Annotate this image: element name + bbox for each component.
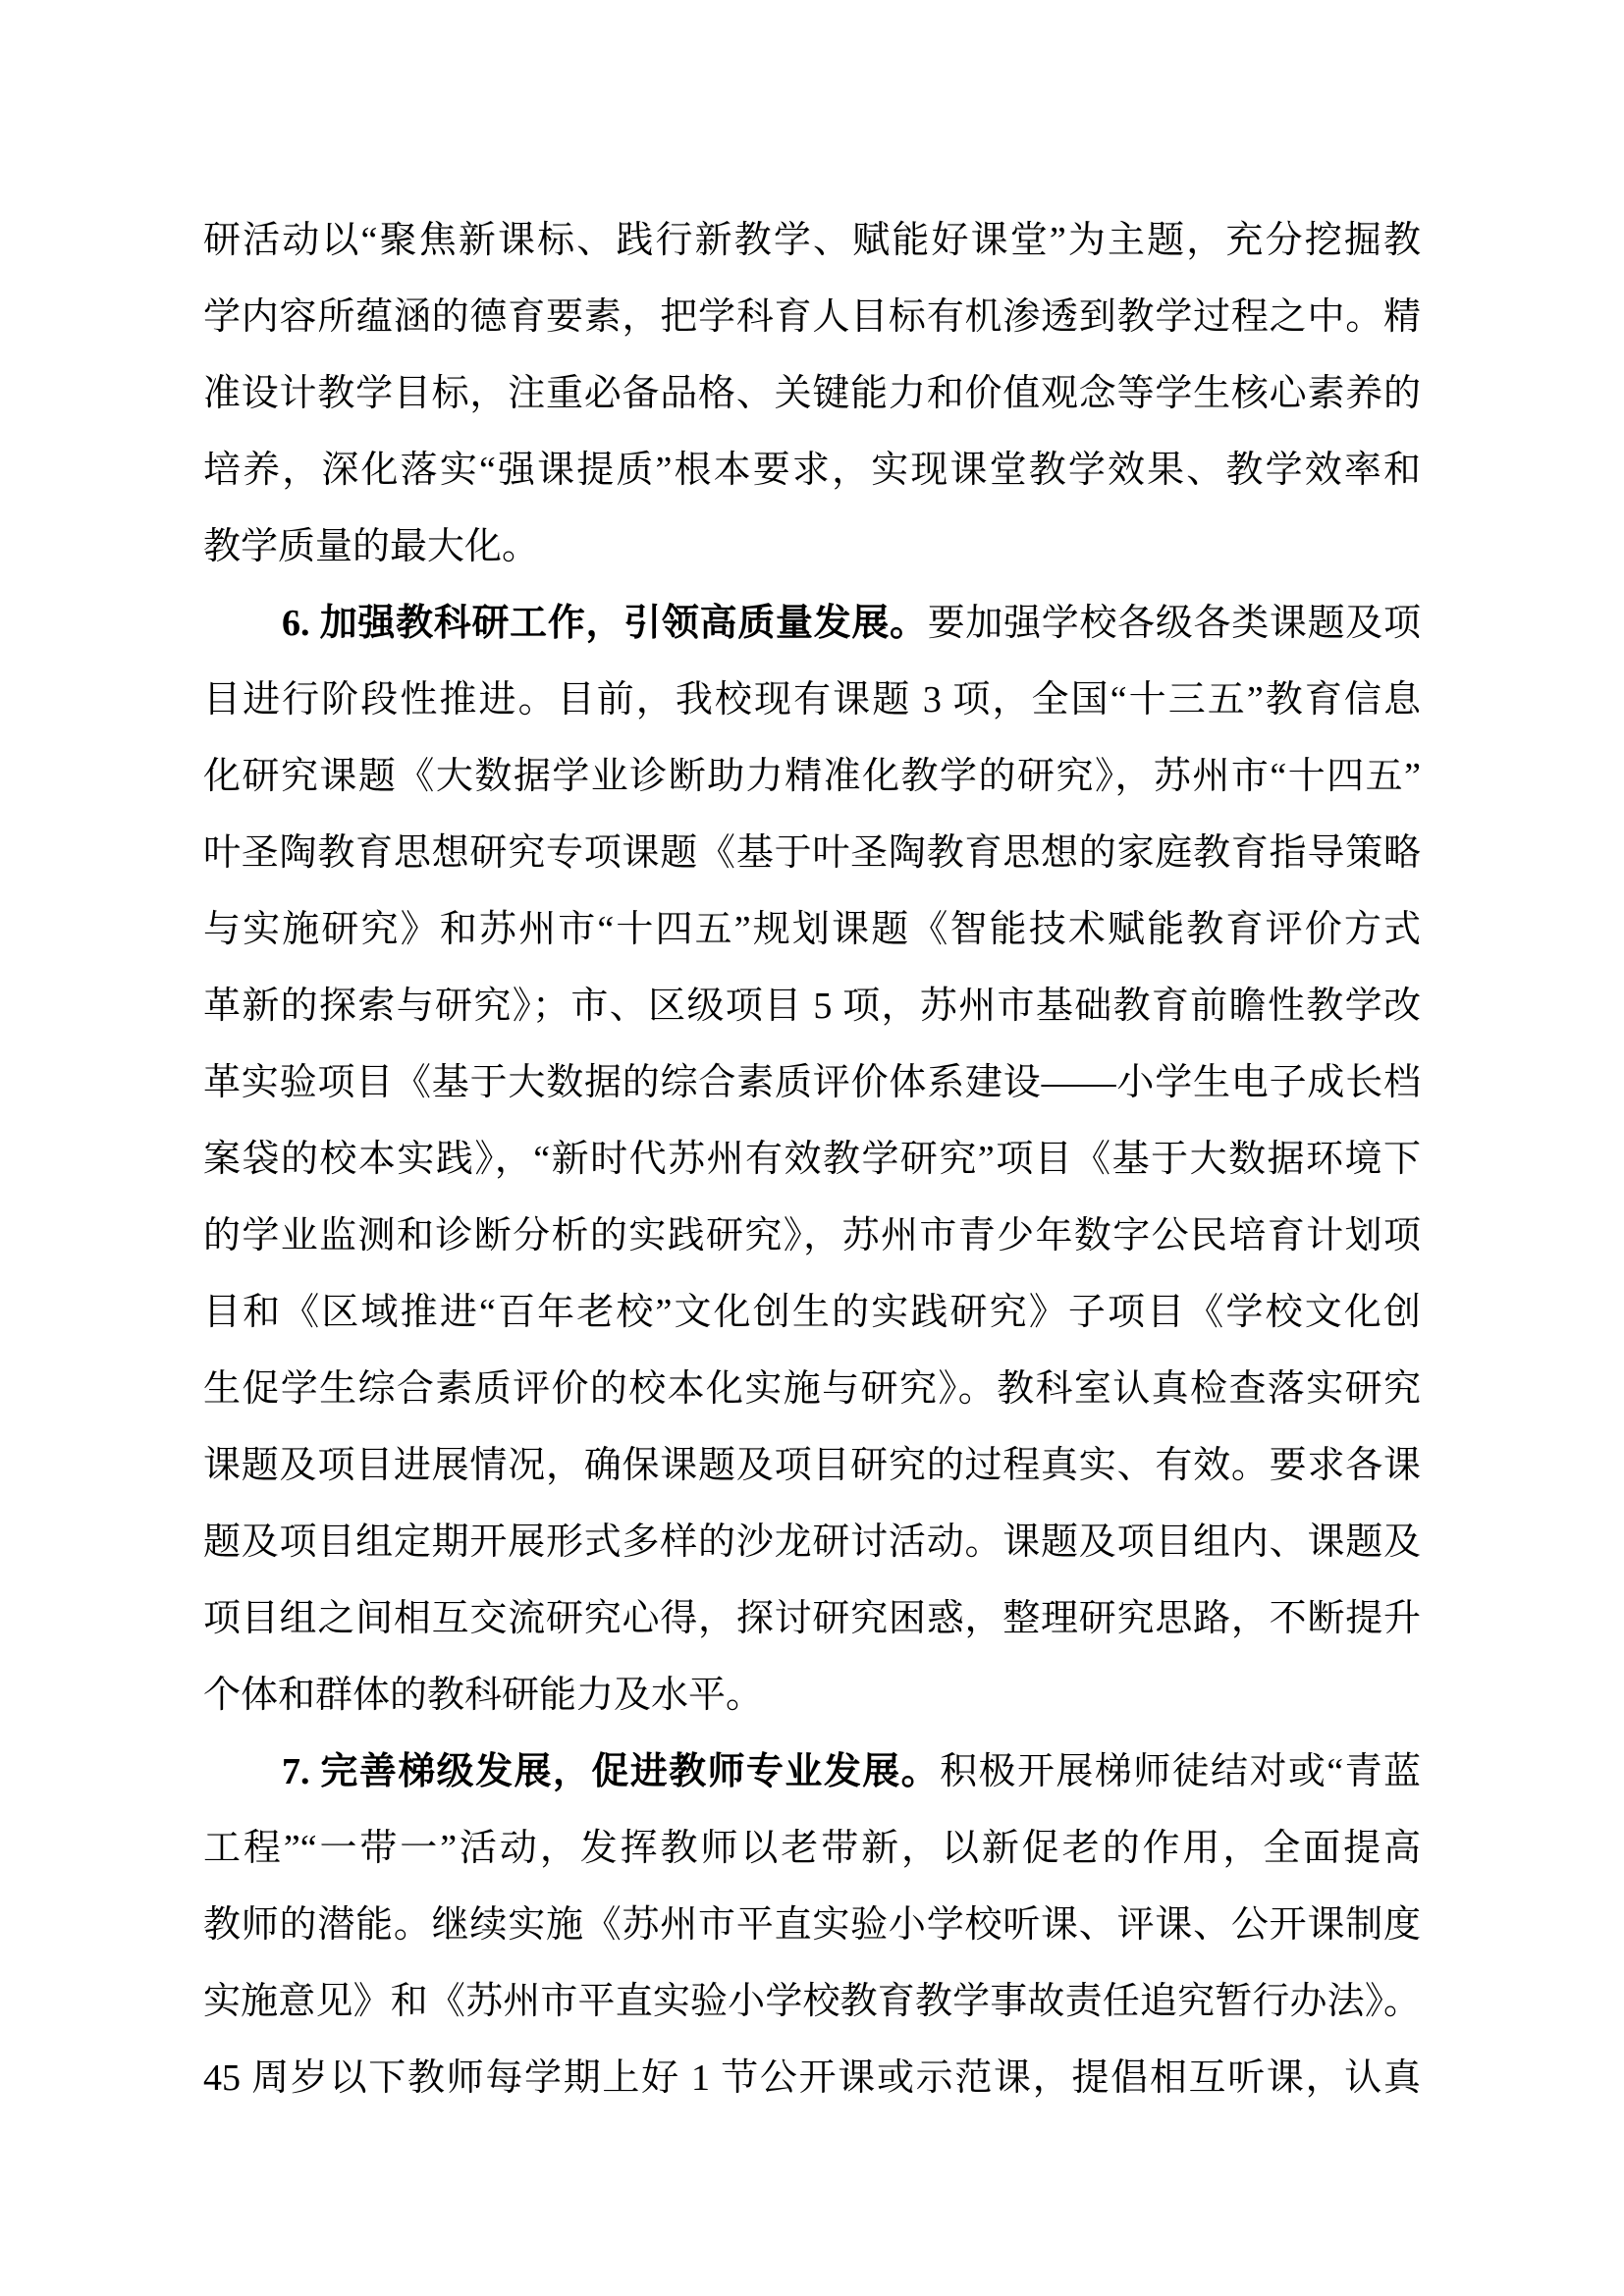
document-line: 学内容所蕴涵的德育要素，把学科育人目标有机渗透到教学过程之中。精 bbox=[203, 279, 1421, 355]
text-run: 学内容所蕴涵的德育要素，把学科育人目标有机渗透到教学过程之中。精 bbox=[203, 296, 1421, 338]
document-line: 与实施研究》和苏州市“十四五”规划课题《智能技术赋能教育评价方式 bbox=[203, 891, 1421, 968]
document-line: 实施意见》和《苏州市平直实验小学校教育教学事故责任追究暂行办法》。 bbox=[203, 1963, 1421, 2040]
text-run: 实施意见》和《苏州市平直实验小学校教育教学事故责任追究暂行办法》。 bbox=[203, 1981, 1421, 2022]
text-run: 研活动以“聚焦新课标、践行新教学、赋能好课堂”为主题，充分挖掘教 bbox=[203, 220, 1421, 261]
document-line: 准设计教学目标，注重必备品格、关键能力和价值观念等学生核心素养的 bbox=[203, 355, 1421, 432]
document-line: 教学质量的最大化。 bbox=[203, 508, 1421, 585]
document-line: 45 周岁以下教师每学期上好 1 节公开课或示范课，提倡相互听课，认真 bbox=[203, 2040, 1421, 2116]
document-line: 教师的潜能。继续实施《苏州市平直实验小学校听课、评课、公开课制度 bbox=[203, 1887, 1421, 1963]
text-run: 革实验项目《基于大数据的综合素质评价体系建设——小学生电子成长档 bbox=[203, 1062, 1421, 1103]
text-run: 案袋的校本实践》，“新时代苏州有效教学研究”项目《基于大数据环境下 bbox=[203, 1139, 1421, 1180]
document-line: 目和《区域推进“百年老校”文化创生的实践研究》子项目《学校文化创 bbox=[203, 1274, 1421, 1351]
document-line: 培养，深化落实“强课提质”根本要求，实现课堂教学效果、教学效率和 bbox=[203, 432, 1421, 508]
text-run: 化研究课题《大数据学业诊断助力精准化教学的研究》，苏州市“十四五” bbox=[203, 756, 1421, 797]
document-body: 研活动以“聚焦新课标、践行新教学、赋能好课堂”为主题，充分挖掘教学内容所蕴涵的德… bbox=[203, 202, 1421, 2116]
text-run: 积极开展梯师徒结对或“青蓝 bbox=[940, 1751, 1421, 1792]
text-run: 教学质量的最大化。 bbox=[203, 526, 539, 567]
document-line: 的学业监测和诊断分析的实践研究》，苏州市青少年数字公民培育计划项 bbox=[203, 1198, 1421, 1274]
heading-run: 6. 加强教科研工作，引领高质量发展。 bbox=[282, 603, 928, 644]
document-line: 叶圣陶教育思想研究专项课题《基于叶圣陶教育思想的家庭教育指导策略 bbox=[203, 815, 1421, 891]
document-line: 7. 完善梯级发展，促进教师专业发展。积极开展梯师徒结对或“青蓝 bbox=[203, 1734, 1421, 1810]
text-run: 目和《区域推进“百年老校”文化创生的实践研究》子项目《学校文化创 bbox=[203, 1292, 1421, 1333]
text-run: 叶圣陶教育思想研究专项课题《基于叶圣陶教育思想的家庭教育指导策略 bbox=[203, 832, 1421, 874]
document-line: 生促学生综合素质评价的校本化实施与研究》。教科室认真检查落实研究 bbox=[203, 1351, 1421, 1427]
text-run: 与实施研究》和苏州市“十四五”规划课题《智能技术赋能教育评价方式 bbox=[203, 909, 1421, 950]
text-run: 个体和群体的教科研能力及水平。 bbox=[203, 1675, 763, 1716]
text-run: 工程”“一带一”活动，发挥教师以老带新，以新促老的作用，全面提高 bbox=[203, 1828, 1421, 1869]
document-line: 研活动以“聚焦新课标、践行新教学、赋能好课堂”为主题，充分挖掘教 bbox=[203, 202, 1421, 279]
document-line: 课题及项目进展情况，确保课题及项目研究的过程真实、有效。要求各课 bbox=[203, 1427, 1421, 1504]
text-run: 要加强学校各级各类课题及项 bbox=[928, 603, 1421, 644]
document-line: 案袋的校本实践》，“新时代苏州有效教学研究”项目《基于大数据环境下 bbox=[203, 1121, 1421, 1198]
text-run: 生促学生综合素质评价的校本化实施与研究》。教科室认真检查落实研究 bbox=[203, 1368, 1421, 1410]
text-run: 革新的探索与研究》；市、区级项目 5 项，苏州市基础教育前瞻性教学改 bbox=[203, 986, 1421, 1027]
heading-run: 7. 完善梯级发展，促进教师专业发展。 bbox=[282, 1751, 940, 1792]
document-line: 个体和群体的教科研能力及水平。 bbox=[203, 1657, 1421, 1734]
page: 研活动以“聚焦新课标、践行新教学、赋能好课堂”为主题，充分挖掘教学内容所蕴涵的德… bbox=[0, 0, 1624, 2296]
document-line: 6. 加强教科研工作，引领高质量发展。要加强学校各级各类课题及项 bbox=[203, 585, 1421, 662]
text-run: 准设计教学目标，注重必备品格、关键能力和价值观念等学生核心素养的 bbox=[203, 373, 1421, 414]
document-line: 化研究课题《大数据学业诊断助力精准化教学的研究》，苏州市“十四五” bbox=[203, 738, 1421, 815]
text-run: 项目组之间相互交流研究心得，探讨研究困惑，整理研究思路，不断提升 bbox=[203, 1598, 1421, 1639]
text-run: 课题及项目进展情况，确保课题及项目研究的过程真实、有效。要求各课 bbox=[203, 1445, 1421, 1486]
document-line: 题及项目组定期开展形式多样的沙龙研讨活动。课题及项目组内、课题及 bbox=[203, 1504, 1421, 1580]
text-run: 目进行阶段性推进。目前，我校现有课题 3 项，全国“十三五”教育信息 bbox=[203, 679, 1421, 721]
text-run: 教师的潜能。继续实施《苏州市平直实验小学校听课、评课、公开课制度 bbox=[203, 1904, 1421, 1946]
document-line: 目进行阶段性推进。目前，我校现有课题 3 项，全国“十三五”教育信息 bbox=[203, 662, 1421, 738]
text-run: 45 周岁以下教师每学期上好 1 节公开课或示范课，提倡相互听课，认真 bbox=[203, 2057, 1421, 2099]
document-line: 工程”“一带一”活动，发挥教师以老带新，以新促老的作用，全面提高 bbox=[203, 1810, 1421, 1887]
text-run: 题及项目组定期开展形式多样的沙龙研讨活动。课题及项目组内、课题及 bbox=[203, 1522, 1421, 1563]
text-run: 培养，深化落实“强课提质”根本要求，实现课堂教学效果、教学效率和 bbox=[203, 450, 1421, 491]
document-line: 革新的探索与研究》；市、区级项目 5 项，苏州市基础教育前瞻性教学改 bbox=[203, 968, 1421, 1044]
document-line: 项目组之间相互交流研究心得，探讨研究困惑，整理研究思路，不断提升 bbox=[203, 1580, 1421, 1657]
text-run: 的学业监测和诊断分析的实践研究》，苏州市青少年数字公民培育计划项 bbox=[203, 1215, 1421, 1256]
document-line: 革实验项目《基于大数据的综合素质评价体系建设——小学生电子成长档 bbox=[203, 1044, 1421, 1121]
